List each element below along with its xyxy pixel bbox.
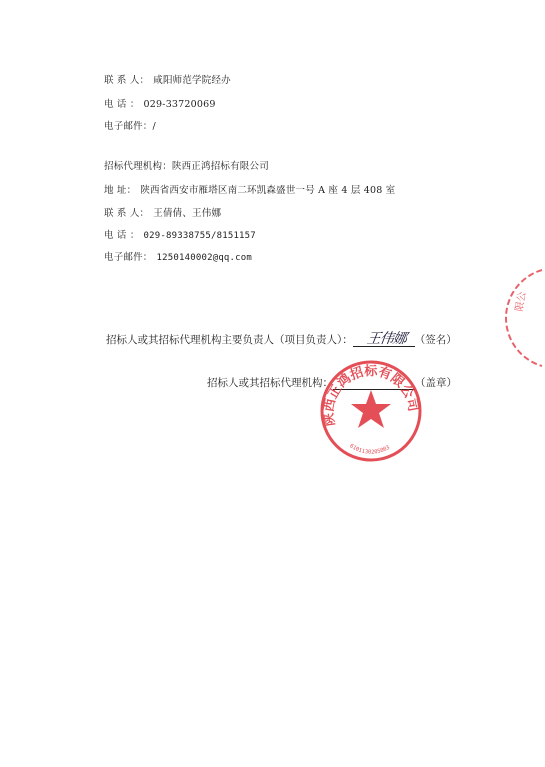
handwritten-signature: 王伟娜	[365, 328, 407, 348]
agency-email-value: 1250140002@qq.com	[157, 253, 253, 263]
agency-phone-value: 029-89338755/8151157	[144, 231, 256, 241]
email-label: 电子邮件：	[104, 121, 153, 132]
company-seal-stamp: 陕西正鸿招标有限公司 6101130205003	[318, 358, 424, 464]
agency-phone-label: 电 话 ：	[104, 230, 140, 241]
seal-star-icon	[351, 390, 391, 428]
tenderer-contact-person: 联 系 人：咸阳师范学院经办	[104, 72, 231, 86]
svg-text:6101130205003: 6101130205003	[348, 443, 391, 455]
seal-registration-number: 6101130205003	[348, 443, 391, 455]
seal-line: 招标人或其招标代理机构：（盖章）	[207, 375, 457, 390]
address-label: 地 址：	[104, 185, 136, 196]
agency-email: 电子邮件：1250140002@qq.com	[104, 249, 252, 263]
contact-person-value: 咸阳师范学院经办	[153, 75, 231, 86]
seal-field	[333, 377, 415, 390]
seal-suffix: （盖章）	[415, 377, 457, 389]
responsible-suffix: （签名）	[415, 334, 457, 346]
agency-contact-label: 联 系 人：	[104, 208, 149, 219]
agency-phone: 电 话 ：029-89338755/8151157	[104, 227, 256, 241]
email-value: /	[153, 121, 156, 132]
seal-label: 招标人或其招标代理机构：	[207, 377, 333, 389]
agency-contact-value: 王倩倩、王伟娜	[153, 208, 221, 219]
svg-text:陕西正鸿招标有限公司: 陕西正鸿招标有限公司	[321, 363, 422, 427]
agency-label: 招标代理机构：	[104, 161, 172, 172]
agency-value: 陕西正鸿招标有限公司	[172, 161, 269, 172]
partial-seal-stamp: 限公	[500, 268, 545, 368]
contact-person-label: 联 系 人：	[104, 75, 149, 86]
responsible-label: 招标人或其招标代理机构主要负责人（项目负责人）：	[106, 334, 353, 346]
tenderer-phone: 电 话 ：029-33720069	[104, 96, 216, 110]
phone-label: 电 话 ：	[104, 99, 140, 110]
partial-seal-text: 限公	[513, 291, 528, 313]
agency-contact-person: 联 系 人：王倩倩、王伟娜	[104, 205, 221, 219]
seal-company-name: 陕西正鸿招标有限公司	[321, 363, 422, 427]
responsible-person-line: 招标人或其招标代理机构主要负责人（项目负责人）：王伟娜（签名）	[106, 332, 457, 347]
agency-email-label: 电子邮件：	[104, 252, 153, 263]
tenderer-email: 电子邮件：/	[104, 118, 156, 132]
agency-name: 招标代理机构：陕西正鸿招标有限公司	[104, 158, 269, 172]
signature-field: 王伟娜	[353, 334, 415, 347]
agency-address: 地 址：陕西省西安市雁塔区南二环凯森盛世一号 A 座 4 层 408 室	[104, 182, 395, 196]
phone-value: 029-33720069	[144, 99, 216, 110]
address-value: 陕西省西安市雁塔区南二环凯森盛世一号 A 座 4 层 408 室	[140, 185, 395, 196]
